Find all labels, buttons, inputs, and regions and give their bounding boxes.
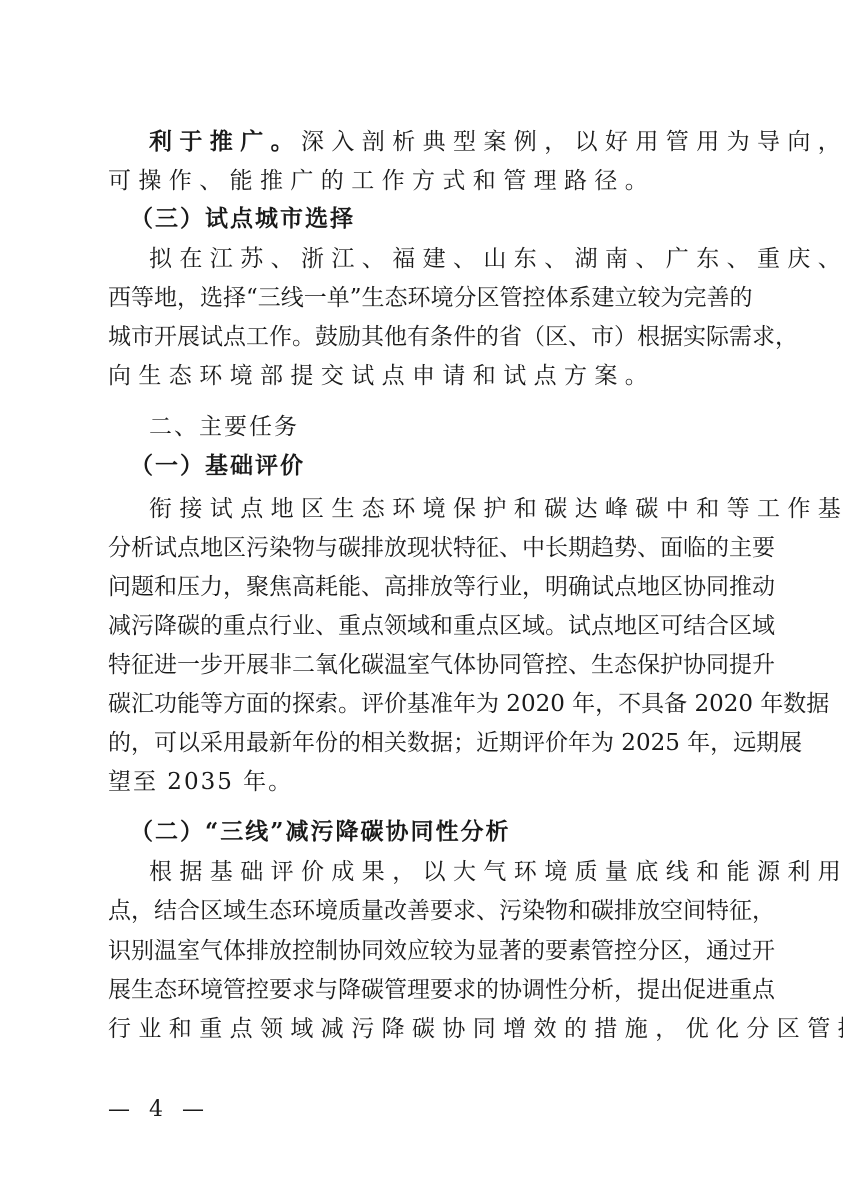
paragraph-line: 识别温室气体排放控制协同效应较为显著的要素管控分区，通过开 — [108, 936, 735, 966]
page-number: — 4 — — [108, 1097, 210, 1122]
paragraph-line: 望至 2035 年。 — [108, 767, 735, 797]
paragraph-line: 可操作、能推广的工作方式和管理路径。 — [108, 166, 735, 196]
paragraph-line: 点，结合区域生态环境质量改善要求、污染物和碳排放空间特征， — [108, 896, 735, 926]
line-text: 深入剖析典型案例，以好用管用为导向，尽快形成 — [301, 129, 843, 155]
paragraph-line: 的，可以采用最新年份的相关数据；近期评价年为 2025 年，远期展 — [108, 728, 735, 758]
section-subheading: （二）“三线”减污降碳协同性分析 — [130, 817, 757, 847]
paragraph-line: 展生态环境管控要求与降碳管理要求的协调性分析，提出促进重点 — [108, 975, 735, 1005]
paragraph-line: 碳汇功能等方面的探索。评价基准年为 2020 年，不具备 2020 年数据 — [108, 689, 735, 719]
paragraph-line: 拟在江苏、浙江、福建、山东、湖南、广东、重庆、四川、陕 — [149, 244, 776, 274]
paragraph-line: 城市开展试点工作。鼓励其他有条件的省（区、市）根据实际需求， — [108, 322, 735, 352]
paragraph-line: 分析试点地区污染物与碳排放现状特征、中长期趋势、面临的主要 — [108, 533, 735, 563]
paragraph-line: 问题和压力，聚焦高耗能、高排放等行业，明确试点地区协同推动 — [108, 572, 735, 602]
paragraph-line: 特征进一步开展非二氧化碳温室气体协同管控、生态保护协同提升 — [108, 650, 735, 680]
paragraph-line: 西等地，选择“三线一单”生态环境分区管控体系建立较为完善的 — [108, 283, 735, 313]
paragraph-line: 根据基础评价成果，以大气环境质量底线和能源利用上线为重 — [149, 857, 776, 887]
paragraph-line: 行业和重点领域减污降碳协同增效的措施，优化分区管控要求。 — [108, 1014, 735, 1044]
section-subheading: （一）基础评价 — [130, 451, 757, 481]
paragraph-line: 减污降碳的重点行业、重点领域和重点区域。试点地区可结合区域 — [108, 611, 735, 641]
paragraph-line: 衔接试点地区生态环境保护和碳达峰碳中和等工作基础，科学 — [149, 494, 776, 524]
paragraph-line: 利于推广。深入剖析典型案例，以好用管用为导向，尽快形成 — [149, 127, 776, 157]
section-heading: 二、主要任务 — [149, 412, 776, 442]
bold-lead-text: 利于推广。 — [149, 129, 301, 155]
paragraph-line: 向生态环境部提交试点申请和试点方案。 — [108, 361, 735, 391]
section-subheading: （三）试点城市选择 — [130, 204, 757, 234]
